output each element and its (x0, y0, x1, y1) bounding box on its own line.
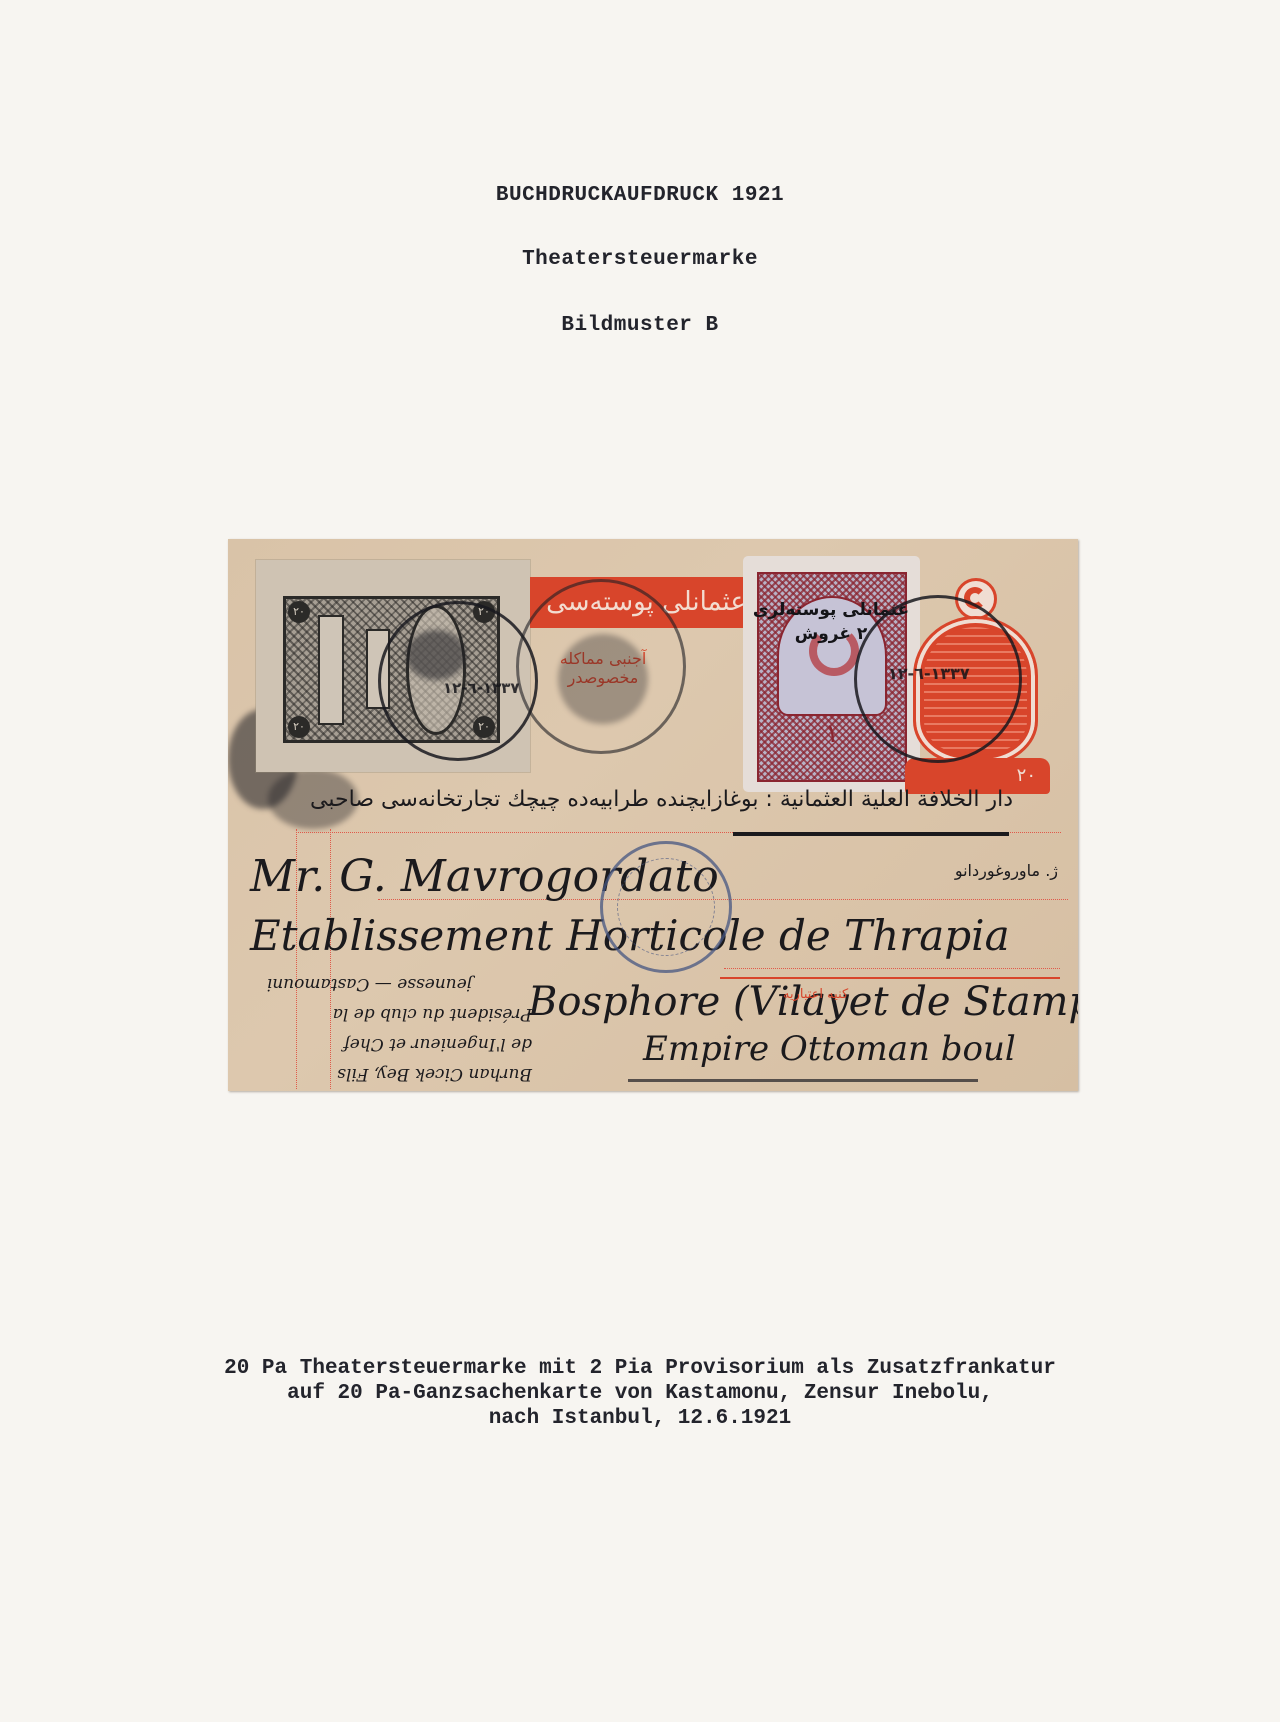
sender-line: Président du club de la (232, 999, 532, 1029)
postal-stationery-card: ٢٠ ٢٠ ٢٠ ٢٠ عثمانلی پوسته‌سی آجنبی مماکل… (228, 539, 1078, 1091)
caption-line: nach Istanbul, 12.6.1921 (0, 1406, 1280, 1431)
stamp-value-corner: ٢٠ (288, 601, 310, 623)
arabic-underline (733, 832, 1009, 836)
caption-line: auf 20 Pa-Ganzsachenkarte von Kastamonu,… (0, 1381, 1280, 1406)
stamp-value-corner: ٢٠ (288, 716, 310, 738)
censor-stamp (600, 841, 732, 973)
postmark-center (558, 634, 648, 724)
underline-stroke (628, 1079, 978, 1082)
recipient-country: Empire Ottoman boul (643, 1029, 1016, 1069)
sender-line: de l'Ingenieur et Chef (232, 1029, 532, 1059)
stamp-value: ١ (807, 719, 857, 755)
sender-address-upside-down: Burhan Cicek Bey, Fils de l'Ingenieur et… (232, 944, 532, 1089)
recipient-arabic-line: دار الخلافة العلية العثمانية : بوغازایچن… (253, 787, 1013, 812)
recipient-city: Bosphore (Vilayet de Stamp (528, 979, 1078, 1025)
page-subtitle: Theatersteuermarke (0, 248, 1280, 271)
address-line (724, 968, 1060, 969)
caption-line: 20 Pa Theatersteuermarke mit 2 Pia Provi… (0, 1356, 1280, 1381)
stamp-panel (318, 615, 344, 725)
recipient-arabic-name: ژ. ماوروغوردانو (788, 861, 1058, 880)
sender-line: jeunesse (397, 974, 472, 994)
postmark-date: ١٣٣٧-٦-١٢ (443, 679, 520, 697)
sender-line: Castamouni (267, 974, 370, 994)
page-pattern-label: Bildmuster B (0, 314, 1280, 337)
page-title: BUCHDRUCKAUFDRUCK 1921 (0, 184, 1280, 207)
postmark-date: ١٣٣٧-٦-١٢ (888, 664, 970, 683)
sender-line: Burhan Cicek Bey, Fils (232, 1059, 532, 1089)
exhibit-caption: 20 Pa Theatersteuermarke mit 2 Pia Provi… (0, 1356, 1280, 1431)
red-mark: کنیه اعتباریه (783, 987, 848, 1002)
